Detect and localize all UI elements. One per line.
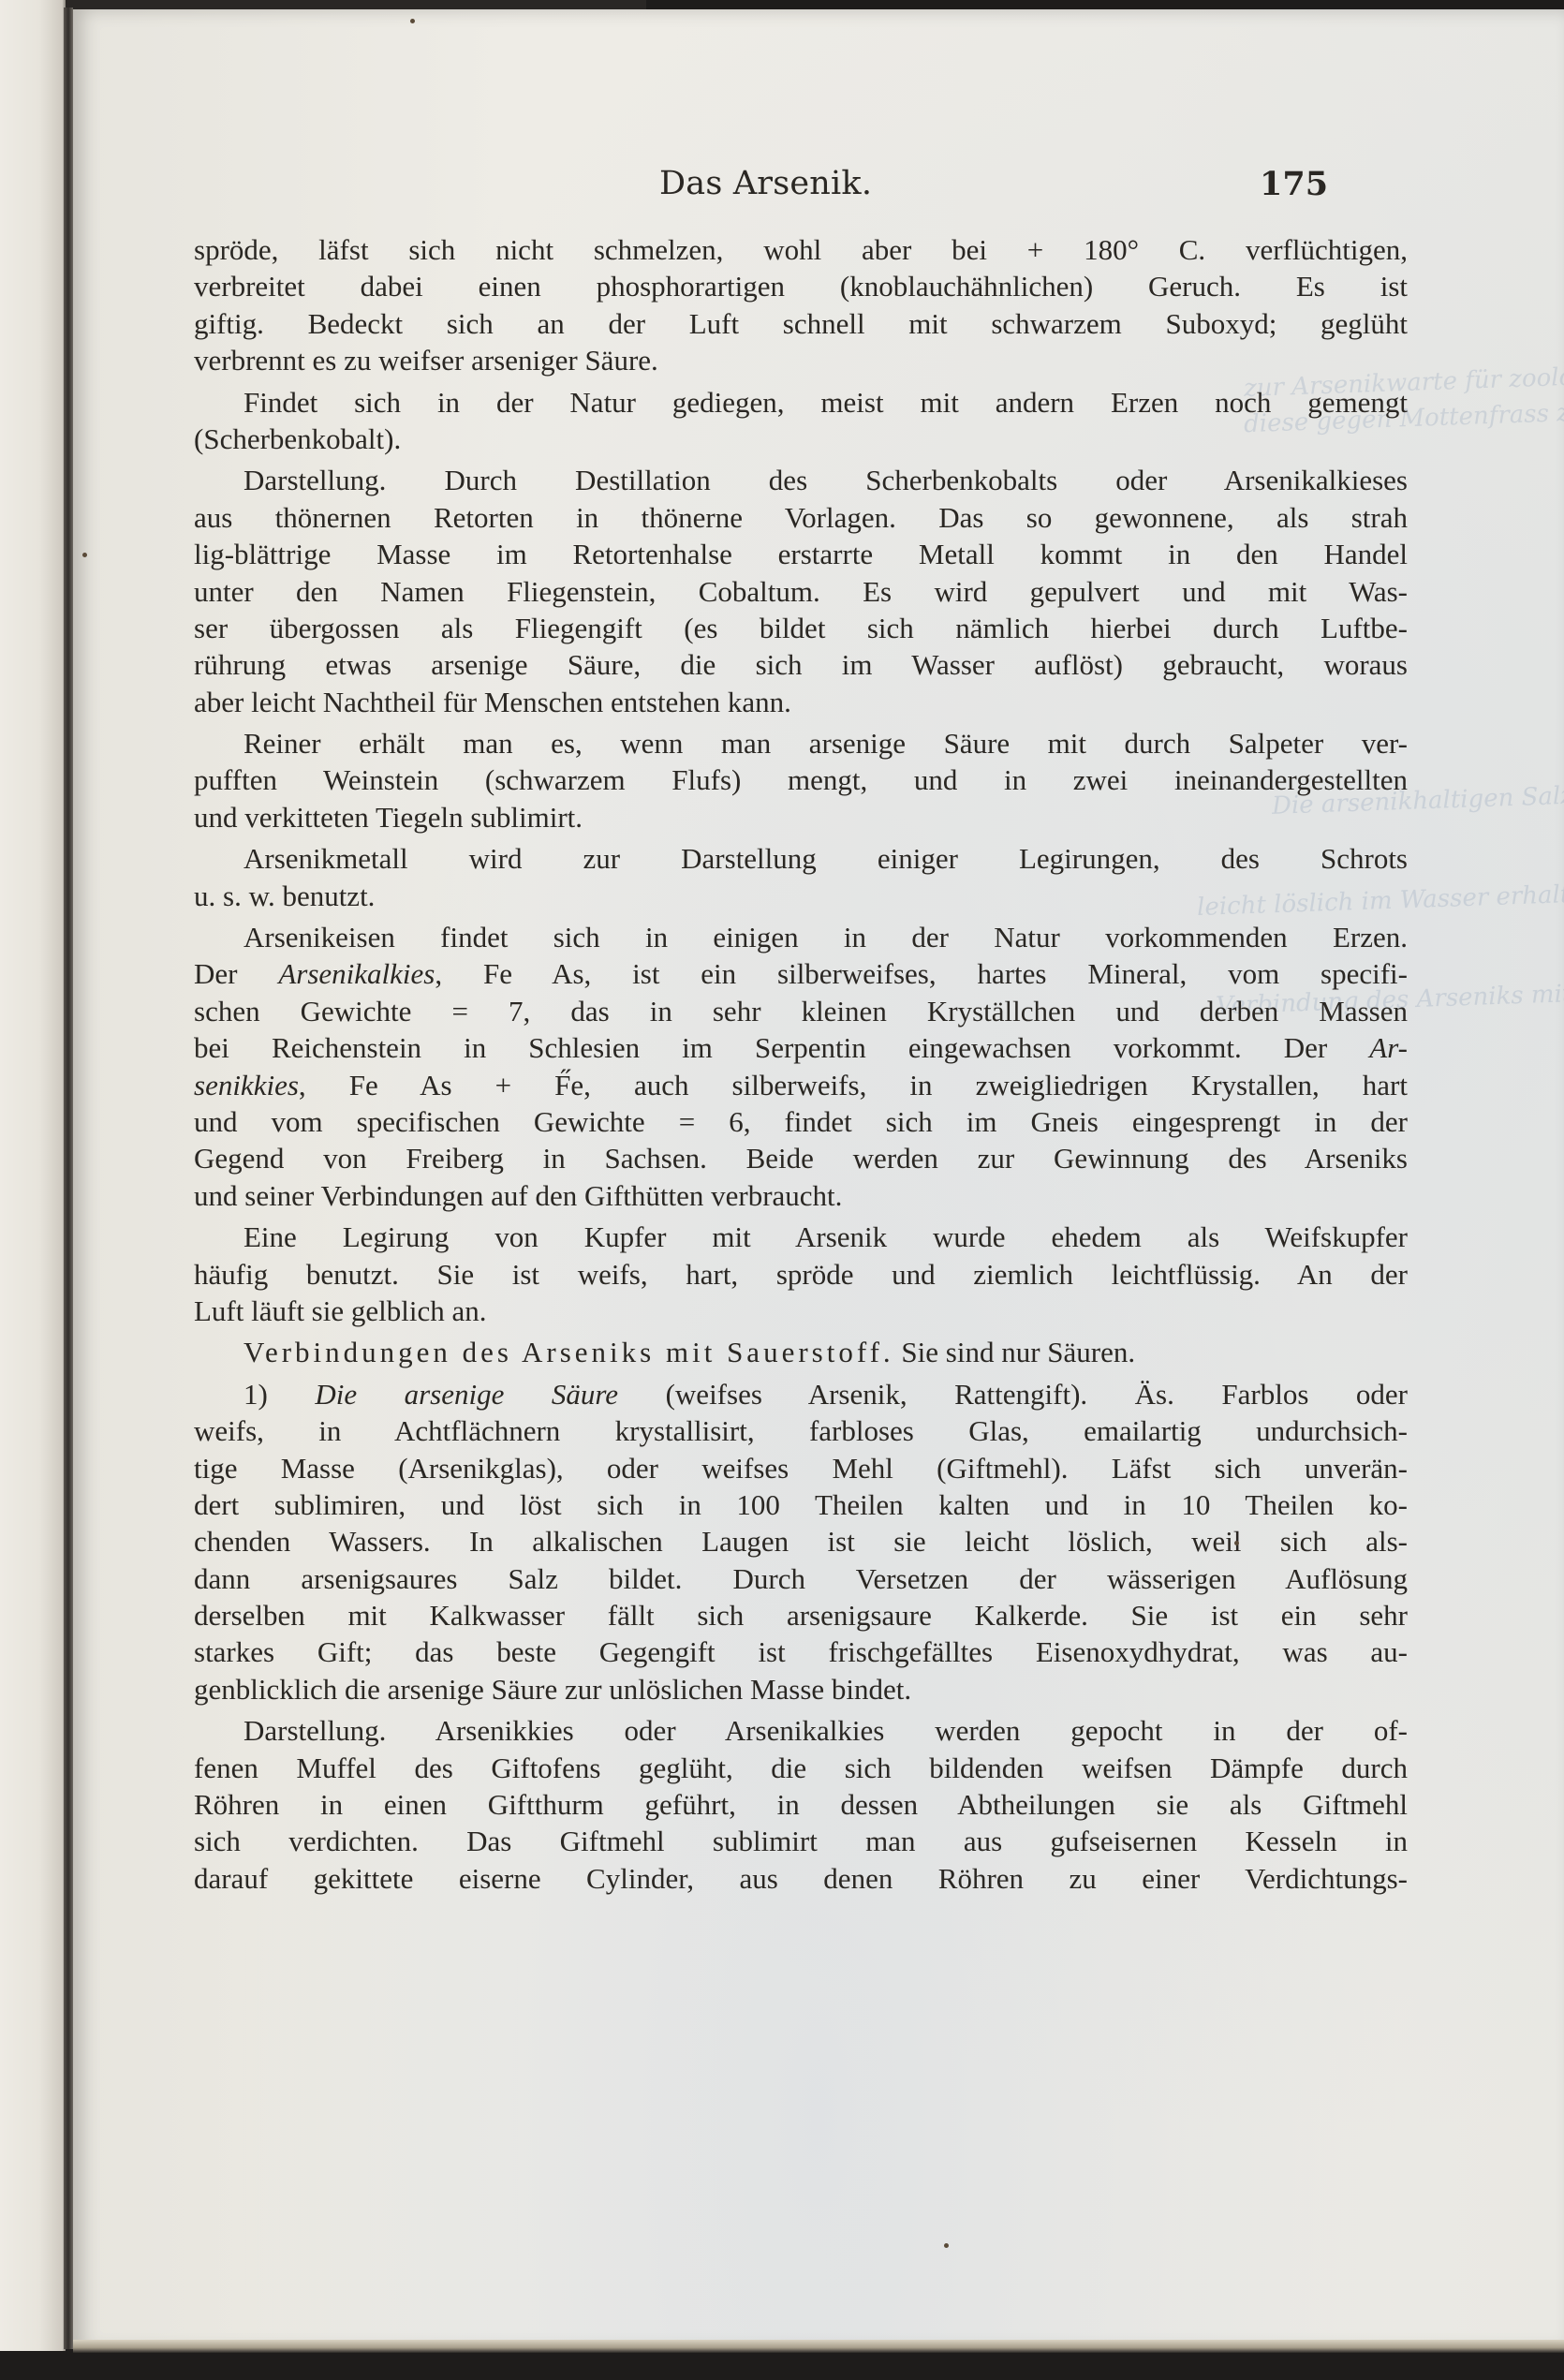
- text-segment: sich verdichten. Das Giftmehl sublimirt …: [194, 1825, 1408, 1857]
- text-line: und vom specifischen Gewichte = 6, finde…: [194, 1103, 1408, 1140]
- paper-speck: [1234, 1541, 1239, 1545]
- section-heading-spaced: Verbindungen des Arseniks mit Sauerstoff…: [243, 1336, 894, 1368]
- text-line: chenden Wassers. In alkalischen Laugen i…: [194, 1523, 1408, 1560]
- text-segment: (Scherbenkobalt).: [194, 422, 401, 455]
- text-segment: verbrennt es zu weifser arseniger Säure.: [194, 344, 658, 377]
- text-segment: 1): [243, 1378, 315, 1411]
- italic-term: Die arsenige Säure: [315, 1378, 618, 1411]
- text-line: aus thönernen Retorten in thönerne Vorla…: [194, 499, 1408, 536]
- text-segment: , Fe As, ist ein silberweifses, hartes M…: [435, 957, 1408, 990]
- text-segment: und seiner Verbindungen auf den Gifthütt…: [194, 1179, 842, 1212]
- text-line: lig-blättrige Masse im Retortenhalse ers…: [194, 536, 1408, 572]
- text-line: Arsenikmetall wird zur Darstellung einig…: [194, 840, 1408, 877]
- text-segment: dert sublimiren, und löst sich in 100 Th…: [194, 1488, 1408, 1521]
- text-line: verbrennt es zu weifser arseniger Säure.: [194, 342, 1408, 378]
- text-segment: rührung etwas arsenige Säure, die sich i…: [194, 648, 1408, 681]
- text-line: Gegend von Freiberg in Sachsen. Beide we…: [194, 1140, 1408, 1176]
- body-text: spröde, läfst sich nicht schmelzen, wohl…: [194, 231, 1408, 1897]
- text-line: dert sublimiren, und löst sich in 100 Th…: [194, 1486, 1408, 1523]
- text-line: schen Gewichte = 7, das in sehr kleinen …: [194, 993, 1408, 1029]
- text-segment: dann arsenigsaures Salz bildet. Durch Ve…: [194, 1562, 1408, 1595]
- text-segment: tige Masse (Arsenikglas), oder weifses M…: [194, 1452, 1408, 1485]
- text-line: derselben mit Kalkwasser fällt sich arse…: [194, 1597, 1408, 1633]
- text-segment: ser übergossen als Fliegengift (es bilde…: [194, 612, 1408, 644]
- text-line: spröde, läfst sich nicht schmelzen, wohl…: [194, 231, 1408, 268]
- text-line: Der Arsenikalkies, Fe As, ist ein silber…: [194, 955, 1408, 992]
- book-page: zur Arsenikwarte für zoologische Kabinet…: [73, 9, 1564, 2351]
- book-gutter: [64, 7, 73, 2349]
- text-line: giftig. Bedeckt sich an der Luft schnell…: [194, 305, 1408, 342]
- text-line: dann arsenigsaures Salz bildet. Durch Ve…: [194, 1560, 1408, 1597]
- text-segment: und verkitteten Tiegeln sublimirt.: [194, 801, 583, 834]
- running-head: Das Arsenik.: [659, 165, 872, 202]
- text-segment: Reiner erhält man es, wenn man arsenige …: [243, 727, 1408, 760]
- text-segment: u. s. w. benutzt.: [194, 880, 375, 912]
- text-segment: spröde, läfst sich nicht schmelzen, wohl…: [194, 233, 1408, 266]
- text-line: Findet sich in der Natur gediegen, meist…: [194, 384, 1408, 421]
- text-segment: unter den Namen Fliegenstein, Cobaltum. …: [194, 575, 1408, 608]
- text-line: und verkitteten Tiegeln sublimirt.: [194, 799, 1408, 835]
- italic-term: Arsenikalkies: [278, 957, 435, 990]
- text-segment: Darstellung. Durch Destillation des Sche…: [243, 464, 1408, 496]
- text-segment: häufig benutzt. Sie ist weifs, hart, spr…: [194, 1258, 1408, 1291]
- text-segment: Der: [194, 957, 278, 990]
- paper-speck: [82, 553, 87, 557]
- text-line: sich verdichten. Das Giftmehl sublimirt …: [194, 1823, 1408, 1859]
- paper-speck: [410, 19, 415, 23]
- text-line: bei Reichenstein in Schlesien im Serpent…: [194, 1029, 1408, 1066]
- text-line: fenen Muffel des Giftofens geglüht, die …: [194, 1750, 1408, 1786]
- text-line: aber leicht Nachtheil für Menschen entst…: [194, 684, 1408, 720]
- text-line: tige Masse (Arsenikglas), oder weifses M…: [194, 1450, 1408, 1486]
- text-segment: , Fe As + F̋e, auch silberweifs, in zwei…: [299, 1069, 1408, 1101]
- text-line: Darstellung. Arsenikkies oder Arsenikalk…: [194, 1712, 1408, 1749]
- text-segment: schen Gewichte = 7, das in sehr kleinen …: [194, 995, 1408, 1027]
- text-segment: Eine Legirung von Kupfer mit Arsenik wur…: [243, 1220, 1408, 1253]
- text-line: Luft läuft sie gelblich an.: [194, 1293, 1408, 1329]
- text-segment: Arsenikmetall wird zur Darstellung einig…: [243, 842, 1408, 875]
- text-line: Reiner erhält man es, wenn man arsenige …: [194, 725, 1408, 761]
- text-segment: starkes Gift; das beste Gegengift ist fr…: [194, 1635, 1408, 1668]
- text-segment: aber leicht Nachtheil für Menschen entst…: [194, 686, 791, 718]
- text-line: Röhren in einen Giftthurm geführt, in de…: [194, 1786, 1408, 1823]
- text-line: u. s. w. benutzt.: [194, 878, 1408, 914]
- text-segment: aus thönernen Retorten in thönerne Vorla…: [194, 501, 1408, 534]
- text-line: unter den Namen Fliegenstein, Cobaltum. …: [194, 573, 1408, 610]
- text-line: pufften Weinstein (schwarzem Flufs) meng…: [194, 761, 1408, 798]
- text-segment: Röhren in einen Giftthurm geführt, in de…: [194, 1788, 1408, 1821]
- text-segment: (weifses Arsenik, Rattengift). Äs. Farbl…: [618, 1378, 1408, 1411]
- text-line: starkes Gift; das beste Gegengift ist fr…: [194, 1633, 1408, 1670]
- page-header: Das Arsenik. 175: [73, 157, 1564, 204]
- text-line: genblicklich die arsenige Säure zur unlö…: [194, 1671, 1408, 1707]
- text-line: Eine Legirung von Kupfer mit Arsenik wur…: [194, 1219, 1408, 1255]
- text-segment: genblicklich die arsenige Säure zur unlö…: [194, 1673, 911, 1706]
- text-line: und seiner Verbindungen auf den Gifthütt…: [194, 1177, 1408, 1214]
- text-line: senikkies, Fe As + F̋e, auch silberweifs…: [194, 1067, 1408, 1103]
- text-segment: lig-blättrige Masse im Retortenhalse ers…: [194, 538, 1408, 570]
- italic-term: Ar-: [1369, 1031, 1408, 1064]
- text-segment: Darstellung. Arsenikkies oder Arsenikalk…: [243, 1714, 1408, 1747]
- page-number: 175: [1260, 165, 1328, 203]
- text-line: Arsenikeisen findet sich in einigen in d…: [194, 919, 1408, 955]
- previous-page-edge: [0, 0, 66, 2351]
- text-segment: bei Reichenstein in Schlesien im Serpent…: [194, 1031, 1369, 1064]
- text-segment: darauf gekittete eiserne Cylinder, aus d…: [194, 1862, 1408, 1895]
- text-segment: verbreitet dabei einen phosphorartigen (…: [194, 270, 1408, 303]
- text-segment: Arsenikeisen findet sich in einigen in d…: [243, 921, 1408, 953]
- text-segment: derselben mit Kalkwasser fällt sich arse…: [194, 1599, 1408, 1632]
- paper-speck: [944, 2243, 949, 2248]
- text-segment: und vom specifischen Gewichte = 6, finde…: [194, 1105, 1408, 1138]
- text-line: ser übergossen als Fliegengift (es bilde…: [194, 610, 1408, 646]
- text-line: Darstellung. Durch Destillation des Sche…: [194, 462, 1408, 498]
- text-segment: fenen Muffel des Giftofens geglüht, die …: [194, 1752, 1408, 1784]
- text-line: (Scherbenkobalt).: [194, 421, 1408, 457]
- text-segment: chenden Wassers. In alkalischen Laugen i…: [194, 1525, 1408, 1558]
- text-segment: pufften Weinstein (schwarzem Flufs) meng…: [194, 763, 1408, 796]
- page-bottom-edge: [73, 2340, 1564, 2353]
- text-segment: giftig. Bedeckt sich an der Luft schnell…: [194, 307, 1408, 340]
- text-line: häufig benutzt. Sie ist weifs, hart, spr…: [194, 1256, 1408, 1293]
- text-line: verbreitet dabei einen phosphorartigen (…: [194, 268, 1408, 304]
- text-segment: Sie sind nur Säuren.: [894, 1336, 1135, 1368]
- text-line: darauf gekittete eiserne Cylinder, aus d…: [194, 1860, 1408, 1897]
- text-segment: Luft läuft sie gelblich an.: [194, 1294, 486, 1327]
- text-segment: Findet sich in der Natur gediegen, meist…: [243, 386, 1408, 419]
- text-line: weifs, in Achtflächnern krystallisirt, f…: [194, 1412, 1408, 1449]
- text-segment: Gegend von Freiberg in Sachsen. Beide we…: [194, 1142, 1408, 1175]
- text-segment: weifs, in Achtflächnern krystallisirt, f…: [194, 1414, 1408, 1447]
- text-line: Verbindungen des Arseniks mit Sauerstoff…: [194, 1334, 1408, 1370]
- italic-term: senikkies: [194, 1069, 299, 1101]
- text-line: rührung etwas arsenige Säure, die sich i…: [194, 646, 1408, 683]
- text-line: 1) Die arsenige Säure (weifses Arsenik, …: [194, 1376, 1408, 1412]
